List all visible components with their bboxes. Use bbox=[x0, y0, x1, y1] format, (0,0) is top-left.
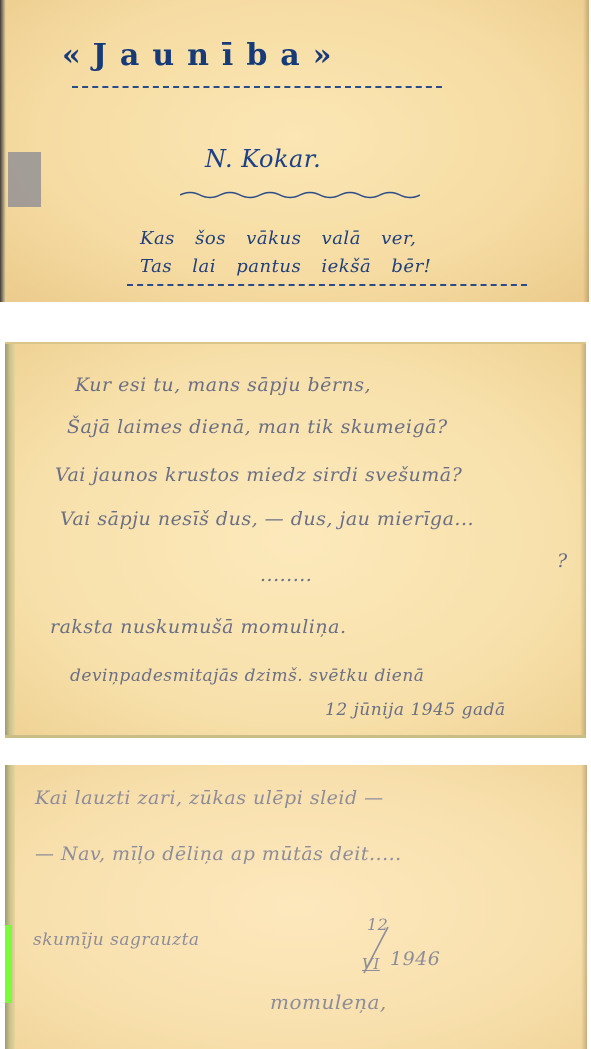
motto-line-2: Tas lai pantus iekšā bēr! bbox=[140, 256, 431, 277]
poem-ellipsis: ........ bbox=[260, 564, 312, 586]
date-month: VI bbox=[362, 955, 380, 973]
title-dashed-underline bbox=[72, 86, 442, 88]
author-signature: N. Kokar. bbox=[205, 145, 321, 173]
poem-date-line-1: deviņpadesmitajās dzimš. svētku dienā bbox=[70, 666, 424, 686]
page-edge-shadow bbox=[583, 0, 589, 302]
poem-line-1: Kur esi tu, mans sāpju bērns, bbox=[75, 374, 371, 396]
page-edge-shadow bbox=[581, 765, 587, 1049]
poem-signature-line: raksta nuskumušā momuliņa. bbox=[50, 616, 347, 638]
date-year: 1946 bbox=[390, 948, 440, 970]
page-edge-shadow bbox=[580, 344, 586, 735]
green-marker-tab bbox=[5, 925, 12, 1003]
binding-spine bbox=[0, 0, 6, 302]
motto-dashed-underline bbox=[127, 284, 527, 286]
poem-line-4: Vai sāpju nesīš dus, — dus, jau mierīga.… bbox=[60, 508, 474, 530]
binding-spine bbox=[5, 344, 15, 735]
poem-line-1: Kai lauzti zari, zūkas ulēpi sleid — bbox=[35, 787, 384, 809]
binding-tape bbox=[8, 152, 41, 207]
poem-page-1946: Kai lauzti zari, zūkas ulēpi sleid — — N… bbox=[5, 765, 587, 1049]
poem-line-3: Vai jaunos krustos miedz sirdi svešumā? bbox=[55, 464, 462, 486]
poem-line-2: — Nav, mīļo dēliņa ap mūtās deit..... bbox=[35, 843, 402, 865]
poem-date-line-2: 12 jūnija 1945 gadā bbox=[325, 700, 506, 720]
signature-wavy-underline bbox=[180, 190, 420, 200]
binding-spine bbox=[5, 765, 15, 1049]
notebook-cover-page: «Jaunība» N. Kokar. Kas šos vākus valā v… bbox=[0, 0, 589, 302]
notebook-title: «Jaunība» bbox=[62, 38, 345, 73]
poem-page-1945: Kur esi tu, mans sāpju bērns, Šajā laime… bbox=[5, 342, 586, 738]
poem-question-mark: ? bbox=[557, 550, 568, 572]
motto-line-1: Kas šos vākus valā ver, bbox=[140, 228, 416, 249]
poem-signature-line: skumīju sagrauzta bbox=[33, 930, 200, 950]
poem-line-2: Šajā laimes dienā, man tik skumeigā? bbox=[67, 416, 448, 438]
poem-closing: momuleņa, bbox=[270, 990, 387, 1014]
